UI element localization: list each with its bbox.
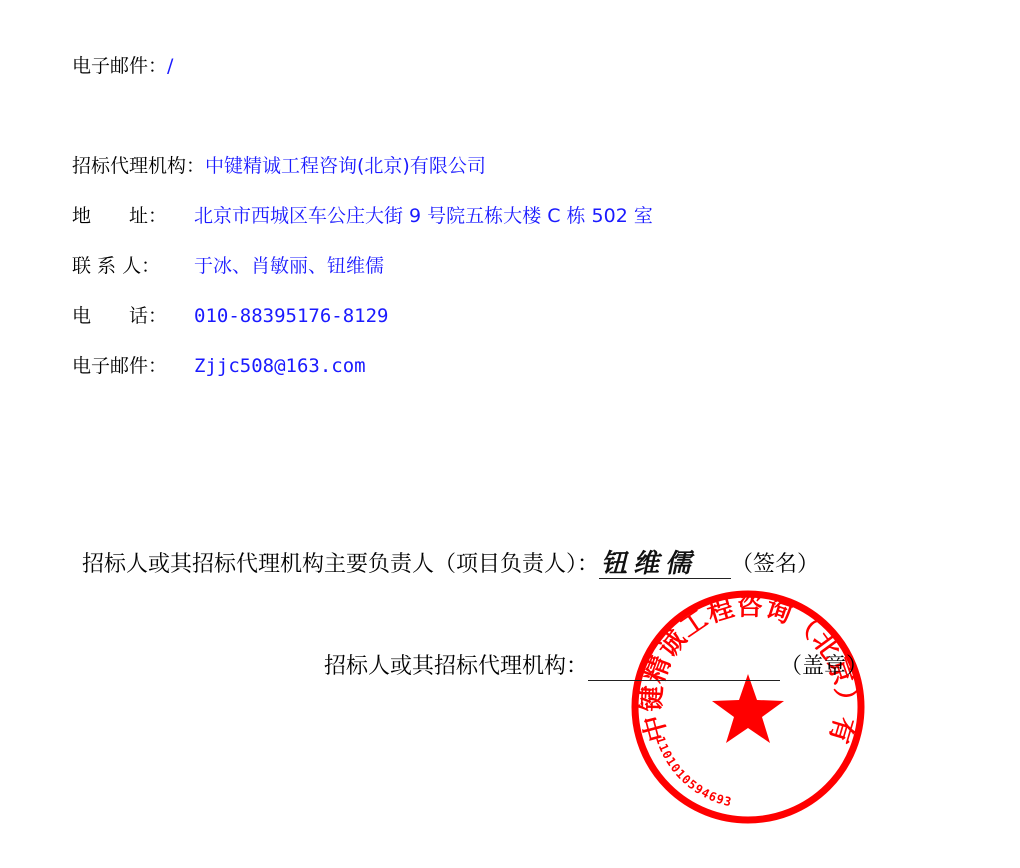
- principal-signature-line: 招标人或其招标代理机构主要负责人（项目负责人）：钮维儒（签名）: [82, 551, 819, 579]
- agency-address-line: 地 址：北京市西城区车公庄大街 9 号院五栋大楼 C 栋 502 室: [72, 204, 653, 228]
- organization-seal-line: 招标人或其招标代理机构：（盖章）: [324, 653, 868, 681]
- email-label: 电子邮件：: [72, 54, 167, 78]
- stamp-number: 1101010594693: [653, 735, 734, 810]
- svg-text:1101010594693: 1101010594693: [653, 735, 734, 810]
- contact-label: 联 系 人：: [72, 254, 194, 278]
- star-icon: [712, 674, 784, 743]
- agency-email-value: Zjjc508@163.com: [194, 354, 366, 378]
- agency-phone-line: 电 话：010-88395176-8129: [72, 304, 388, 328]
- org-suffix: （盖章）: [780, 654, 868, 679]
- contact-value: 于冰、肖敏丽、钮维儒: [194, 254, 384, 278]
- address-label: 地 址：: [72, 204, 194, 228]
- agency-name-value: 中键精诚工程咨询(北京)有限公司: [205, 154, 486, 178]
- agency-contact-line: 联 系 人：于冰、肖敏丽、钮维儒: [72, 254, 384, 278]
- agency-email-line: 电子邮件：Zjjc508@163.com: [72, 354, 366, 378]
- principal-label: 招标人或其招标代理机构主要负责人（项目负责人）：: [82, 552, 599, 577]
- agency-name-label: 招标代理机构：: [72, 154, 205, 178]
- seal-blank: [588, 654, 780, 681]
- email-value: /: [167, 54, 173, 78]
- agency-email-label: 电子邮件：: [72, 354, 194, 378]
- top-email-line: 电子邮件：/: [72, 54, 173, 78]
- address-value: 北京市西城区车公庄大街 9 号院五栋大楼 C 栋 502 室: [194, 204, 653, 228]
- principal-suffix: （签名）: [731, 552, 819, 577]
- phone-label: 电 话：: [72, 304, 194, 328]
- signature-blank: 钮维儒: [599, 552, 731, 579]
- phone-value: 010-88395176-8129: [194, 304, 388, 328]
- org-label: 招标人或其招标代理机构：: [324, 654, 588, 679]
- handwritten-signature: 钮维儒: [600, 550, 702, 578]
- company-seal-stamp: 中键精诚工程咨询（北京）有限公司 1101010594693: [628, 588, 868, 826]
- agency-name-line: 招标代理机构：中键精诚工程咨询(北京)有限公司: [72, 154, 486, 178]
